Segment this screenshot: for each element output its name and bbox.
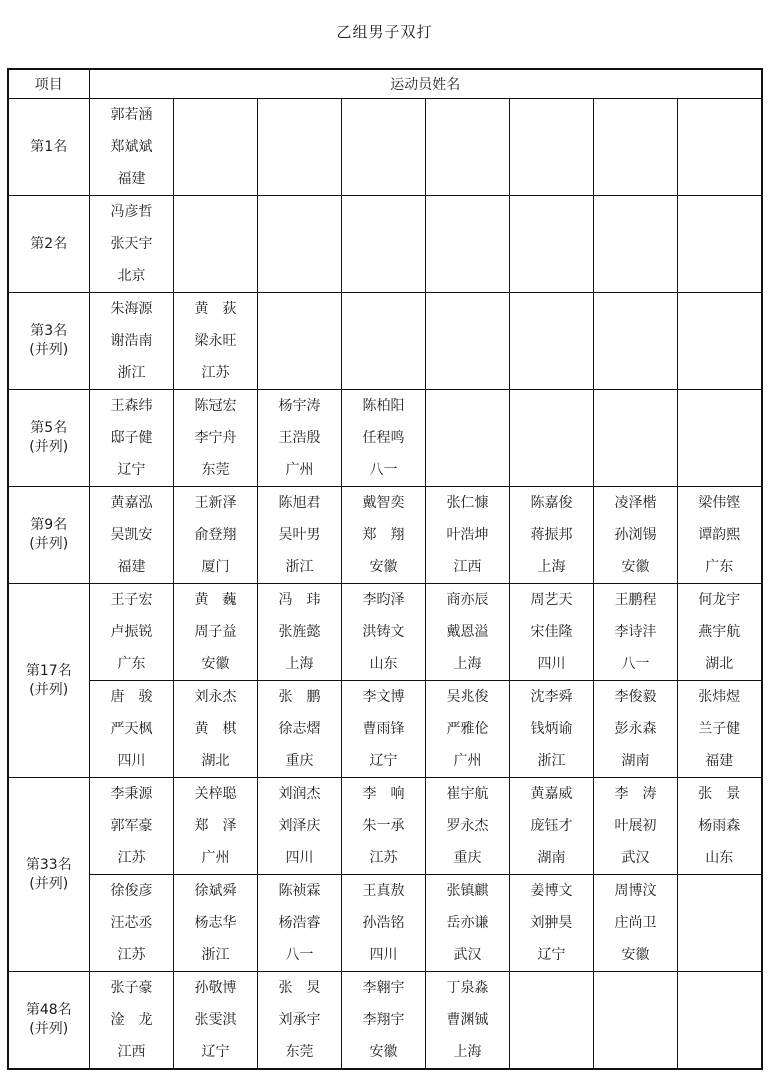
athlete-cell: 张 景杨雨森山东 — [678, 778, 762, 875]
athlete-cell: 陈柏阳任程鸣八一 — [342, 390, 426, 487]
team-name: 八一 — [258, 939, 341, 971]
athlete-name: 张天宇 — [90, 228, 173, 260]
team-name: 福建 — [90, 163, 173, 195]
athlete-name: 卢振锐 — [90, 616, 173, 648]
athlete-name: 黄 蘶 — [174, 584, 257, 616]
athlete-name: 庄尚卫 — [594, 907, 677, 939]
athlete-cell: 冯 玮张旌懿上海 — [258, 584, 342, 681]
athlete-name: 王鹏程 — [594, 584, 677, 616]
athlete-name: 刘永杰 — [174, 681, 257, 713]
athlete-cell-lines: 关梓聪郑 泽广州 — [174, 778, 257, 874]
athlete-name: 吴兆俊 — [426, 681, 509, 713]
team-name: 广州 — [258, 454, 341, 486]
team-name: 浙江 — [174, 939, 257, 971]
athlete-name: 彭永森 — [594, 713, 677, 745]
athlete-cell-lines: 陈柏阳任程鸣八一 — [342, 390, 425, 486]
athlete-name: 周博汶 — [594, 875, 677, 907]
athlete-cell-lines: 黄嘉泓吴凯安福建 — [90, 487, 173, 583]
athlete-name: 戴智奕 — [342, 487, 425, 519]
team-name: 江西 — [90, 1036, 173, 1068]
athlete-cell-lines: 郭若涵郑斌斌福建 — [90, 99, 173, 195]
empty-cell — [510, 293, 594, 390]
athlete-name: 郑斌斌 — [90, 131, 173, 163]
athlete-cell: 李 响朱一承江苏 — [342, 778, 426, 875]
athlete-name: 商亦辰 — [426, 584, 509, 616]
team-name: 安徽 — [594, 551, 677, 583]
table-row: 第1名郭若涵郑斌斌福建 — [8, 99, 762, 196]
athlete-name: 丁泉淼 — [426, 972, 509, 1004]
team-name: 八一 — [594, 648, 677, 680]
athlete-cell-lines: 杨宇涛王浩殷广州 — [258, 390, 341, 486]
athlete-cell: 张 鹏徐志熠重庆 — [258, 681, 342, 778]
athlete-cell: 唐 骏严天枫四川 — [90, 681, 174, 778]
athlete-cell-lines: 梁伟铿谭韵熙广东 — [678, 487, 761, 583]
athlete-name: 叶浩坤 — [426, 519, 509, 551]
athlete-name: 郭军豪 — [90, 810, 173, 842]
team-name: 江苏 — [342, 842, 425, 874]
athlete-name: 王真敖 — [342, 875, 425, 907]
athlete-name: 宋佳隆 — [510, 616, 593, 648]
athlete-name: 凌泽楷 — [594, 487, 677, 519]
page-title: 乙组男子双打 — [0, 0, 769, 42]
athlete-cell-lines: 李文博曹雨锋辽宁 — [342, 681, 425, 777]
athlete-cell-lines: 陈旭君吴叶男浙江 — [258, 487, 341, 583]
athlete-name: 梁伟铿 — [678, 487, 761, 519]
rank-label-line: 第17名 — [9, 662, 90, 681]
athlete-cell: 王子宏卢振锐广东 — [90, 584, 174, 681]
rank-label-line: (并列) — [9, 681, 90, 700]
athlete-cell-lines: 崔宇航罗永杰重庆 — [426, 778, 509, 874]
athlete-name: 张炜煜 — [678, 681, 761, 713]
empty-cell — [594, 390, 678, 487]
team-name: 广东 — [90, 648, 173, 680]
empty-cell — [426, 390, 510, 487]
rank-label-line: 第5名 — [9, 419, 90, 438]
athlete-name: 岳亦谦 — [426, 907, 509, 939]
athlete-cell: 王鹏程李诗沣八一 — [594, 584, 678, 681]
athlete-cell-lines: 李翱宇李翔宇安徽 — [342, 972, 425, 1068]
rank-cell: 第5名(并列) — [8, 390, 90, 487]
athlete-name: 李翱宇 — [342, 972, 425, 1004]
athlete-cell-lines: 张 景杨雨森山东 — [678, 778, 761, 874]
athlete-name: 孙浏锡 — [594, 519, 677, 551]
empty-cell — [594, 972, 678, 1070]
team-name: 江苏 — [90, 842, 173, 874]
athlete-cell: 王新泽俞登翔厦门 — [174, 487, 258, 584]
athlete-name: 陈柏阳 — [342, 390, 425, 422]
document-page: 乙组男子双打 项目 运动员姓名 第1名郭若涵郑斌斌福建第2名冯彦哲张天宇北京第3… — [0, 0, 769, 1083]
athlete-cell: 张镇麒岳亦谦武汉 — [426, 875, 510, 972]
empty-cell — [258, 196, 342, 293]
athlete-name: 李文博 — [342, 681, 425, 713]
team-name: 辽宁 — [90, 454, 173, 486]
athlete-name: 孙敬博 — [174, 972, 257, 1004]
athlete-name: 汪芯丞 — [90, 907, 173, 939]
empty-cell — [426, 196, 510, 293]
rank-label-line: (并列) — [9, 875, 90, 894]
athlete-name: 李诗沣 — [594, 616, 677, 648]
athlete-name: 郭若涵 — [90, 99, 173, 131]
athlete-name: 淦 龙 — [90, 1004, 173, 1036]
athlete-name: 蒋振邦 — [510, 519, 593, 551]
team-name: 重庆 — [258, 745, 341, 777]
athlete-name: 沈李舜 — [510, 681, 593, 713]
athlete-name: 严雅伦 — [426, 713, 509, 745]
team-name: 上海 — [426, 1036, 509, 1068]
athlete-cell: 黄 荻梁永旺江苏 — [174, 293, 258, 390]
athlete-cell: 凌泽楷孙浏锡安徽 — [594, 487, 678, 584]
table-row: 第3名(并列)朱海源谢浩南浙江黄 荻梁永旺江苏 — [8, 293, 762, 390]
athlete-name: 王森纬 — [90, 390, 173, 422]
athlete-cell-lines: 张炜煜兰子健福建 — [678, 681, 761, 777]
team-name: 广州 — [174, 842, 257, 874]
table-row: 第17名(并列)王子宏卢振锐广东黄 蘶周子益安徽冯 玮张旌懿上海李昀泽洪铸文山东… — [8, 584, 762, 681]
athlete-cell: 徐斌舜杨志华浙江 — [174, 875, 258, 972]
empty-cell — [342, 99, 426, 196]
athlete-cell: 丁泉淼曹渊铖上海 — [426, 972, 510, 1070]
empty-cell — [174, 99, 258, 196]
athlete-name: 杨宇涛 — [258, 390, 341, 422]
athlete-cell: 徐俊彦汪芯丞江苏 — [90, 875, 174, 972]
header-item-col: 项目 — [8, 69, 90, 99]
empty-cell — [258, 293, 342, 390]
athlete-cell-lines: 冯 玮张旌懿上海 — [258, 584, 341, 680]
athlete-cell-lines: 黄 荻梁永旺江苏 — [174, 293, 257, 389]
rank-cell: 第48名(并列) — [8, 972, 90, 1070]
athlete-cell-lines: 陈冠宏李宁舟东莞 — [174, 390, 257, 486]
athlete-cell: 沈李舜钱炳谕浙江 — [510, 681, 594, 778]
team-name: 浙江 — [258, 551, 341, 583]
rank-label-line: 第9名 — [9, 516, 90, 535]
athlete-cell: 王森纬邸子健辽宁 — [90, 390, 174, 487]
athlete-cell-lines: 丁泉淼曹渊铖上海 — [426, 972, 509, 1068]
athlete-cell-lines: 陈祯霖杨浩睿八一 — [258, 875, 341, 971]
team-name: 东莞 — [258, 1036, 341, 1068]
header-athletes-col: 运动员姓名 — [90, 69, 762, 99]
athlete-name: 李 涛 — [594, 778, 677, 810]
team-name: 辽宁 — [510, 939, 593, 971]
athlete-name: 钱炳谕 — [510, 713, 593, 745]
rank-label-line: 第48名 — [9, 1001, 90, 1020]
athlete-cell-lines: 王子宏卢振锐广东 — [90, 584, 173, 680]
empty-cell — [594, 99, 678, 196]
athlete-name: 张镇麒 — [426, 875, 509, 907]
team-name: 广州 — [426, 745, 509, 777]
athlete-cell: 张 炅刘承宇东莞 — [258, 972, 342, 1070]
athlete-name: 陈祯霖 — [258, 875, 341, 907]
athlete-name: 冯彦哲 — [90, 196, 173, 228]
athlete-cell: 陈旭君吴叶男浙江 — [258, 487, 342, 584]
empty-cell — [510, 196, 594, 293]
athlete-name: 刘翀昊 — [510, 907, 593, 939]
team-name: 福建 — [678, 745, 761, 777]
empty-cell — [510, 99, 594, 196]
athlete-cell: 张仁慷叶浩坤江西 — [426, 487, 510, 584]
team-name: 安徽 — [594, 939, 677, 971]
team-name: 四川 — [258, 842, 341, 874]
athlete-cell-lines: 冯彦哲张天宇北京 — [90, 196, 173, 292]
athlete-cell: 杨宇涛王浩殷广州 — [258, 390, 342, 487]
rank-cell: 第17名(并列) — [8, 584, 90, 778]
empty-cell — [678, 99, 762, 196]
athlete-name: 燕宇航 — [678, 616, 761, 648]
athlete-name: 曹渊铖 — [426, 1004, 509, 1036]
athlete-name: 李秉源 — [90, 778, 173, 810]
athlete-name: 庞钰才 — [510, 810, 593, 842]
athlete-name: 何龙宇 — [678, 584, 761, 616]
athlete-cell: 张子豪淦 龙江西 — [90, 972, 174, 1070]
rank-cell: 第33名(并列) — [8, 778, 90, 972]
rank-cell: 第2名 — [8, 196, 90, 293]
athlete-cell-lines: 唐 骏严天枫四川 — [90, 681, 173, 777]
athlete-cell: 李秉源郭军豪江苏 — [90, 778, 174, 875]
rank-label-line: 第33名 — [9, 856, 90, 875]
rank-label-line: 第2名 — [9, 235, 90, 254]
team-name: 武汉 — [594, 842, 677, 874]
table-row: 第9名(并列)黄嘉泓吴凯安福建王新泽俞登翔厦门陈旭君吴叶男浙江戴智奕郑 翔安徽张… — [8, 487, 762, 584]
athlete-name: 杨志华 — [174, 907, 257, 939]
athlete-name: 严天枫 — [90, 713, 173, 745]
empty-cell — [510, 972, 594, 1070]
athlete-name: 陈嘉俊 — [510, 487, 593, 519]
athlete-cell-lines: 李 响朱一承江苏 — [342, 778, 425, 874]
athlete-cell-lines: 黄嘉威庞钰才湖南 — [510, 778, 593, 874]
athlete-name: 张雯淇 — [174, 1004, 257, 1036]
athlete-name: 周艺天 — [510, 584, 593, 616]
table-row: 第48名(并列)张子豪淦 龙江西孙敬博张雯淇辽宁张 炅刘承宇东莞李翱宇李翔宇安徽… — [8, 972, 762, 1070]
athlete-name: 张仁慷 — [426, 487, 509, 519]
team-name: 上海 — [510, 551, 593, 583]
athlete-cell: 张炜煜兰子健福建 — [678, 681, 762, 778]
athlete-cell: 冯彦哲张天宇北京 — [90, 196, 174, 293]
empty-cell — [678, 293, 762, 390]
athlete-cell-lines: 王森纬邸子健辽宁 — [90, 390, 173, 486]
team-name: 湖南 — [510, 842, 593, 874]
athlete-cell: 朱海源谢浩南浙江 — [90, 293, 174, 390]
athlete-name: 陈旭君 — [258, 487, 341, 519]
athlete-name: 唐 骏 — [90, 681, 173, 713]
athlete-cell-lines: 凌泽楷孙浏锡安徽 — [594, 487, 677, 583]
athlete-cell-lines: 张仁慷叶浩坤江西 — [426, 487, 509, 583]
athlete-name: 吴叶男 — [258, 519, 341, 551]
athlete-cell-lines: 王真敖孙浩铭四川 — [342, 875, 425, 971]
athlete-cell: 梁伟铿谭韵熙广东 — [678, 487, 762, 584]
team-name: 重庆 — [426, 842, 509, 874]
athlete-cell: 刘润杰刘泽庆四川 — [258, 778, 342, 875]
team-name: 武汉 — [426, 939, 509, 971]
athlete-cell: 崔宇航罗永杰重庆 — [426, 778, 510, 875]
table-row: 徐俊彦汪芯丞江苏徐斌舜杨志华浙江陈祯霖杨浩睿八一王真敖孙浩铭四川张镇麒岳亦谦武汉… — [8, 875, 762, 972]
team-name: 山东 — [342, 648, 425, 680]
empty-cell — [678, 972, 762, 1070]
empty-cell — [594, 293, 678, 390]
empty-cell — [258, 99, 342, 196]
athlete-cell-lines: 张 炅刘承宇东莞 — [258, 972, 341, 1068]
athlete-cell: 黄 蘶周子益安徽 — [174, 584, 258, 681]
empty-cell — [174, 196, 258, 293]
athlete-name: 任程鸣 — [342, 422, 425, 454]
athlete-cell: 何龙宇燕宇航湖北 — [678, 584, 762, 681]
table-header-row: 项目 运动员姓名 — [8, 69, 762, 99]
team-name: 四川 — [90, 745, 173, 777]
athlete-cell-lines: 刘润杰刘泽庆四川 — [258, 778, 341, 874]
athlete-cell: 黄嘉泓吴凯安福建 — [90, 487, 174, 584]
athlete-cell: 李俊毅彭永森湖南 — [594, 681, 678, 778]
athlete-cell: 关梓聪郑 泽广州 — [174, 778, 258, 875]
athlete-name: 冯 玮 — [258, 584, 341, 616]
athlete-cell: 周博汶庄尚卫安徽 — [594, 875, 678, 972]
athlete-name: 张旌懿 — [258, 616, 341, 648]
athlete-name: 黄 荻 — [174, 293, 257, 325]
team-name: 辽宁 — [342, 745, 425, 777]
athlete-name: 崔宇航 — [426, 778, 509, 810]
athlete-cell-lines: 李 涛叶展初武汉 — [594, 778, 677, 874]
athlete-cell-lines: 陈嘉俊蒋振邦上海 — [510, 487, 593, 583]
athlete-cell-lines: 黄 蘶周子益安徽 — [174, 584, 257, 680]
athlete-cell-lines: 王新泽俞登翔厦门 — [174, 487, 257, 583]
athlete-cell-lines: 王鹏程李诗沣八一 — [594, 584, 677, 680]
team-name: 北京 — [90, 260, 173, 292]
athlete-name: 张 景 — [678, 778, 761, 810]
athlete-name: 张子豪 — [90, 972, 173, 1004]
athlete-cell: 戴智奕郑 翔安徽 — [342, 487, 426, 584]
team-name: 安徽 — [174, 648, 257, 680]
athlete-cell: 李昀泽洪铸文山东 — [342, 584, 426, 681]
athlete-name: 李翔宇 — [342, 1004, 425, 1036]
athlete-cell-lines: 何龙宇燕宇航湖北 — [678, 584, 761, 680]
athlete-cell-lines: 张子豪淦 龙江西 — [90, 972, 173, 1068]
team-name: 江苏 — [174, 357, 257, 389]
athlete-name: 刘润杰 — [258, 778, 341, 810]
table-row: 唐 骏严天枫四川刘永杰黄 棋湖北张 鹏徐志熠重庆李文博曹雨锋辽宁吴兆俊严雅伦广州… — [8, 681, 762, 778]
team-name: 江西 — [426, 551, 509, 583]
athlete-cell-lines: 刘永杰黄 棋湖北 — [174, 681, 257, 777]
athlete-cell-lines: 李昀泽洪铸文山东 — [342, 584, 425, 680]
athlete-name: 杨雨森 — [678, 810, 761, 842]
team-name: 四川 — [510, 648, 593, 680]
athlete-name: 郑 翔 — [342, 519, 425, 551]
athlete-name: 李俊毅 — [594, 681, 677, 713]
athlete-name: 洪铸文 — [342, 616, 425, 648]
team-name: 上海 — [426, 648, 509, 680]
athlete-cell-lines: 姜博文刘翀昊辽宁 — [510, 875, 593, 971]
athlete-name: 李 响 — [342, 778, 425, 810]
team-name: 湖北 — [174, 745, 257, 777]
athlete-name: 王浩殷 — [258, 422, 341, 454]
athlete-name: 王子宏 — [90, 584, 173, 616]
athlete-name: 兰子健 — [678, 713, 761, 745]
athlete-name: 刘承宇 — [258, 1004, 341, 1036]
athlete-name: 郑 泽 — [174, 810, 257, 842]
team-name: 安徽 — [342, 551, 425, 583]
team-name: 厦门 — [174, 551, 257, 583]
empty-cell — [678, 390, 762, 487]
athlete-cell-lines: 沈李舜钱炳谕浙江 — [510, 681, 593, 777]
athlete-name: 徐志熠 — [258, 713, 341, 745]
athlete-name: 刘泽庆 — [258, 810, 341, 842]
athlete-cell: 郭若涵郑斌斌福建 — [90, 99, 174, 196]
table-row: 第5名(并列)王森纬邸子健辽宁陈冠宏李宁舟东莞杨宇涛王浩殷广州陈柏阳任程鸣八一 — [8, 390, 762, 487]
team-name: 安徽 — [342, 1036, 425, 1068]
rank-cell: 第1名 — [8, 99, 90, 196]
rank-cell: 第9名(并列) — [8, 487, 90, 584]
athlete-name: 罗永杰 — [426, 810, 509, 842]
athlete-name: 黄嘉威 — [510, 778, 593, 810]
athlete-cell-lines: 周艺天宋佳隆四川 — [510, 584, 593, 680]
athlete-cell-lines: 孙敬博张雯淇辽宁 — [174, 972, 257, 1068]
athlete-cell: 陈冠宏李宁舟东莞 — [174, 390, 258, 487]
team-name: 上海 — [258, 648, 341, 680]
team-name: 江苏 — [90, 939, 173, 971]
athlete-name: 邸子健 — [90, 422, 173, 454]
athlete-cell: 姜博文刘翀昊辽宁 — [510, 875, 594, 972]
empty-cell — [594, 196, 678, 293]
athlete-name: 朱海源 — [90, 293, 173, 325]
athlete-name: 俞登翔 — [174, 519, 257, 551]
athlete-name: 张 炅 — [258, 972, 341, 1004]
athlete-name: 曹雨锋 — [342, 713, 425, 745]
athlete-cell: 李文博曹雨锋辽宁 — [342, 681, 426, 778]
rank-label-line: (并列) — [9, 341, 90, 360]
team-name: 广东 — [678, 551, 761, 583]
empty-cell — [678, 875, 762, 972]
rank-label-line: (并列) — [9, 535, 90, 554]
athlete-cell-lines: 徐斌舜杨志华浙江 — [174, 875, 257, 971]
athlete-name: 叶展初 — [594, 810, 677, 842]
rank-label-line: 第1名 — [9, 138, 90, 157]
rank-label-line: (并列) — [9, 1020, 90, 1039]
team-name: 湖南 — [594, 745, 677, 777]
empty-cell — [342, 196, 426, 293]
team-name: 东莞 — [174, 454, 257, 486]
athlete-name: 吴凯安 — [90, 519, 173, 551]
table-row: 第2名冯彦哲张天宇北京 — [8, 196, 762, 293]
empty-cell — [342, 293, 426, 390]
team-name: 湖北 — [678, 648, 761, 680]
athlete-cell: 刘永杰黄 棋湖北 — [174, 681, 258, 778]
team-name: 四川 — [342, 939, 425, 971]
rank-cell: 第3名(并列) — [8, 293, 90, 390]
athlete-cell-lines: 戴智奕郑 翔安徽 — [342, 487, 425, 583]
athlete-name: 李昀泽 — [342, 584, 425, 616]
athlete-cell-lines: 李秉源郭军豪江苏 — [90, 778, 173, 874]
athlete-cell: 周艺天宋佳隆四川 — [510, 584, 594, 681]
athlete-cell: 陈嘉俊蒋振邦上海 — [510, 487, 594, 584]
athlete-cell: 商亦辰戴恩溢上海 — [426, 584, 510, 681]
athlete-name: 黄 棋 — [174, 713, 257, 745]
results-tbody: 项目 运动员姓名 第1名郭若涵郑斌斌福建第2名冯彦哲张天宇北京第3名(并列)朱海… — [8, 69, 762, 1069]
athlete-cell: 黄嘉威庞钰才湖南 — [510, 778, 594, 875]
athlete-cell: 孙敬博张雯淇辽宁 — [174, 972, 258, 1070]
athlete-name: 戴恩溢 — [426, 616, 509, 648]
table-row: 第33名(并列)李秉源郭军豪江苏关梓聪郑 泽广州刘润杰刘泽庆四川李 响朱一承江苏… — [8, 778, 762, 875]
athlete-name: 谢浩南 — [90, 325, 173, 357]
athlete-name: 李宁舟 — [174, 422, 257, 454]
athlete-name: 谭韵熙 — [678, 519, 761, 551]
athlete-name: 梁永旺 — [174, 325, 257, 357]
athlete-cell-lines: 周博汶庄尚卫安徽 — [594, 875, 677, 971]
empty-cell — [426, 99, 510, 196]
team-name: 浙江 — [510, 745, 593, 777]
athlete-name: 关梓聪 — [174, 778, 257, 810]
athlete-cell: 王真敖孙浩铭四川 — [342, 875, 426, 972]
athlete-name: 杨浩睿 — [258, 907, 341, 939]
team-name: 浙江 — [90, 357, 173, 389]
athlete-cell: 李 涛叶展初武汉 — [594, 778, 678, 875]
results-table: 项目 运动员姓名 第1名郭若涵郑斌斌福建第2名冯彦哲张天宇北京第3名(并列)朱海… — [7, 68, 763, 1070]
athlete-cell: 陈祯霖杨浩睿八一 — [258, 875, 342, 972]
athlete-name: 孙浩铭 — [342, 907, 425, 939]
